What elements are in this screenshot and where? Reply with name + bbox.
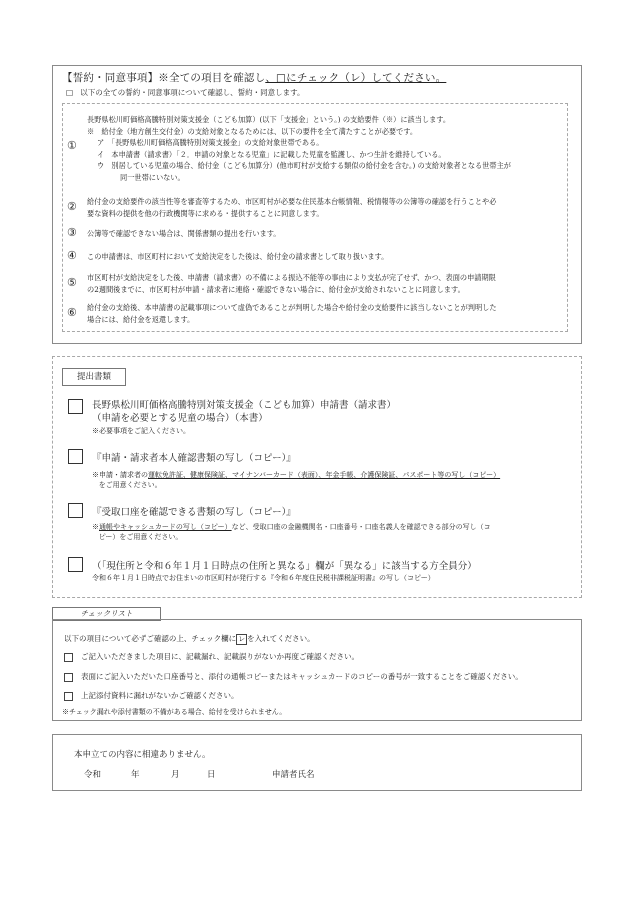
item-line: この申請書は、市区町村において支給決定をした後は、給付金の請求書として取り扱いま… (87, 251, 559, 263)
day-label: 日 (207, 768, 216, 780)
checklist-item-1[interactable]: ご記入いただきました項目に、記載漏れ、記載誤りがないか再度ご確認ください。 (64, 651, 359, 662)
note-rest: など、受取口座の金融機関名・口座番号・口座名義人を確認できる部分の写し（コ (232, 523, 491, 531)
item-line: 市区町村が支給決定をした後、申請書（請求書）の不備による振込不能等の事由により支… (87, 272, 559, 284)
note-underlined: 運転免許証、健康保険証、マイナンバーカード（表面）、年金手帳、介護保険証、パスポ… (148, 471, 500, 479)
document-2-checkbox[interactable] (68, 449, 83, 464)
checklist-item-3-checkbox[interactable] (64, 692, 73, 701)
checklist-item-label: 表面にご記入いただいた口座番号と、添付の通帳コピーまたはキャッシュカードのコピー… (81, 672, 523, 681)
document-4-note: 令和６年１月１日時点でお住まいの市区町村が発行する『令和６年度住民税非課税証明書… (92, 573, 435, 583)
item-line: の2週間後までに、市区町村が申請・請求者に連絡・確認できない場合に、給付金が支給… (87, 284, 559, 296)
document-3-note: ※通帳やキャッシュカードの写し（コピー）など、受取口座の金融機関名・口座番号・口… (92, 522, 491, 542)
pledge-title-text: 【誓約・同意事項】※全ての項目を確認し (62, 72, 265, 84)
item-line: ウ 別居している児童の場合、給付金（こども加算分）(他市町村が支給する類似の給付… (87, 160, 559, 172)
check-mark-icon: レ (236, 634, 247, 645)
document-2-title: 『申請・請求者本人確認書類の写し（コピー）』 (92, 450, 296, 464)
intro-suffix: を入れてください。 (247, 634, 315, 643)
checklist-item-label: ご記入いただきました項目に、記載漏れ、記載誤りがないか再度ご確認ください。 (81, 652, 359, 661)
note-underlined: 通帳やキャッシュカードの写し（コピー） (99, 523, 232, 531)
item-number: ⑥ (67, 307, 77, 319)
item-line: ア 「長野県松川町価格高騰特別対策支援金」の支給対象世帯である。 (87, 137, 559, 149)
pledge-item-5: ⑤ 市区町村が支給決定をした後、申請書（請求書）の不備による振込不能等の事由によ… (63, 272, 567, 296)
checklist-intro: 以下の項目について必ずご確認の上、チェック欄にレを入れてください。 (64, 633, 315, 645)
document-1-checkbox[interactable] (68, 399, 83, 414)
pledge-confirm-checkbox[interactable]: □ (66, 88, 73, 97)
note-continuation: をご用意ください。 (99, 481, 162, 489)
pledge-item-2: ② 給付金の支給要件の該当性等を審査等するため、市区町村が必要な住民基本台帳情報… (63, 196, 567, 220)
item-number: ① (67, 140, 77, 152)
document-1-title: 長野県松川町価格高騰特別対策支援金（こども加算）申請書（請求書） （申請を必要と… (92, 399, 396, 425)
item-number: ⑤ (67, 277, 77, 289)
document-3-title: 『受取口座を確認できる書類の写し（コピー）』 (92, 504, 296, 518)
pledge-item-4: ④ この申請書は、市区町村において支給決定をした後は、給付金の請求書として取り扱… (63, 251, 567, 263)
item-number: ④ (67, 250, 77, 262)
checklist-item-2-checkbox[interactable] (64, 673, 73, 682)
document-1-note: ※必要事項をご記入ください。 (92, 426, 190, 436)
checklist-item-3[interactable]: 上記添付資料に漏れがないかご確認ください。 (64, 690, 239, 701)
document-4-checkbox[interactable] (68, 557, 83, 572)
item-number: ② (67, 201, 77, 213)
item-line: ※ 給付金（地方創生交付金）の支給対象となるためには、以下の要件を全て満たすこと… (87, 126, 559, 138)
pledge-item-3: ③ 公簿等で確認できない場合は、関係書類の提出を行います。 (63, 228, 567, 240)
checklist-item-label: 上記添付資料に漏れがないかご確認ください。 (81, 691, 239, 700)
note-prefix: ※ (92, 523, 99, 531)
pledge-confirm-row[interactable]: □ 以下の全ての誓約・同意事項について確認し、誓約・同意します。 (66, 87, 305, 98)
document-4-title: （「現住所と令和６年１月１日時点の住所と異なる」欄が「異なる」に該当する方全員分… (92, 558, 477, 572)
item-line: 長野県松川町価格高騰特別対策支援金（こども加算）(以下「支援金」という。) の支… (87, 114, 559, 126)
item-line: 給付金の支給要件の該当性等を審査等するため、市区町村が必要な住民基本台帳情報、税… (87, 196, 559, 208)
item-line: イ 本申請書（請求書）「２．申請の対象となる児童」に記載した児童を監護し、かつ生… (87, 149, 559, 161)
item-line: 場合には、給付金を返還します。 (87, 314, 559, 326)
note-continuation: ピー）をご用意ください。 (99, 533, 183, 541)
item-line: 公簿等で確認できない場合は、関係書類の提出を行います。 (87, 228, 559, 240)
intro-prefix: 以下の項目について必ずご確認の上、チェック欄に (64, 634, 236, 643)
pledge-confirm-label: 以下の全ての誓約・同意事項について確認し、誓約・同意します。 (80, 88, 304, 97)
declaration-statement: 本申立ての内容に相違ありません。 (74, 748, 211, 760)
applicant-name-label: 申請者氏名 (272, 768, 315, 780)
item-line: 給付金の支給後、本申請書の記載事項について虚偽であることが判明した場合や給付金の… (87, 302, 559, 314)
documents-label: 提出書類 (62, 368, 126, 386)
declaration-section (52, 734, 582, 791)
note-prefix: ※申請・請求者の (92, 471, 148, 479)
pledge-item-1: ① 長野県松川町価格高騰特別対策支援金（こども加算）(以下「支援金」という。) … (63, 114, 567, 184)
pledge-item-6: ⑥ 給付金の支給後、本申請書の記載事項について虚偽であることが判明した場合や給付… (63, 302, 567, 326)
item-line: 同一世帯にいない。 (87, 172, 559, 184)
checklist-item-2[interactable]: 表面にご記入いただいた口座番号と、添付の通帳コピーまたはキャッシュカードのコピー… (64, 671, 523, 682)
era-label: 令和 (84, 768, 101, 780)
item-line: 要な資料の提供を他の行政機関等に求める・提供することに同意します。 (87, 208, 559, 220)
checklist-item-1-checkbox[interactable] (64, 653, 73, 662)
title-line: 長野県松川町価格高騰特別対策支援金（こども加算）申請書（請求書） (92, 399, 396, 412)
pledge-title-instruction: 、□にチェック（レ）してください。 (265, 72, 446, 84)
pledge-title: 【誓約・同意事項】※全ての項目を確認し、□にチェック（レ）してください。 (62, 70, 446, 85)
title-line: （申請を必要とする児童の場合）（本書） (92, 412, 396, 425)
document-3-checkbox[interactable] (68, 503, 83, 518)
month-label: 月 (171, 768, 180, 780)
checklist-warning: ※チェック漏れや添付書類の不備がある場合、給付を受けられません。 (62, 707, 286, 717)
item-number: ③ (67, 227, 77, 239)
document-2-note: ※申請・請求者の運転免許証、健康保険証、マイナンバーカード（表面）、年金手帳、介… (92, 470, 500, 490)
pledge-items-box: ① 長野県松川町価格高騰特別対策支援金（こども加算）(以下「支援金」という。) … (62, 103, 568, 332)
year-label: 年 (131, 768, 140, 780)
